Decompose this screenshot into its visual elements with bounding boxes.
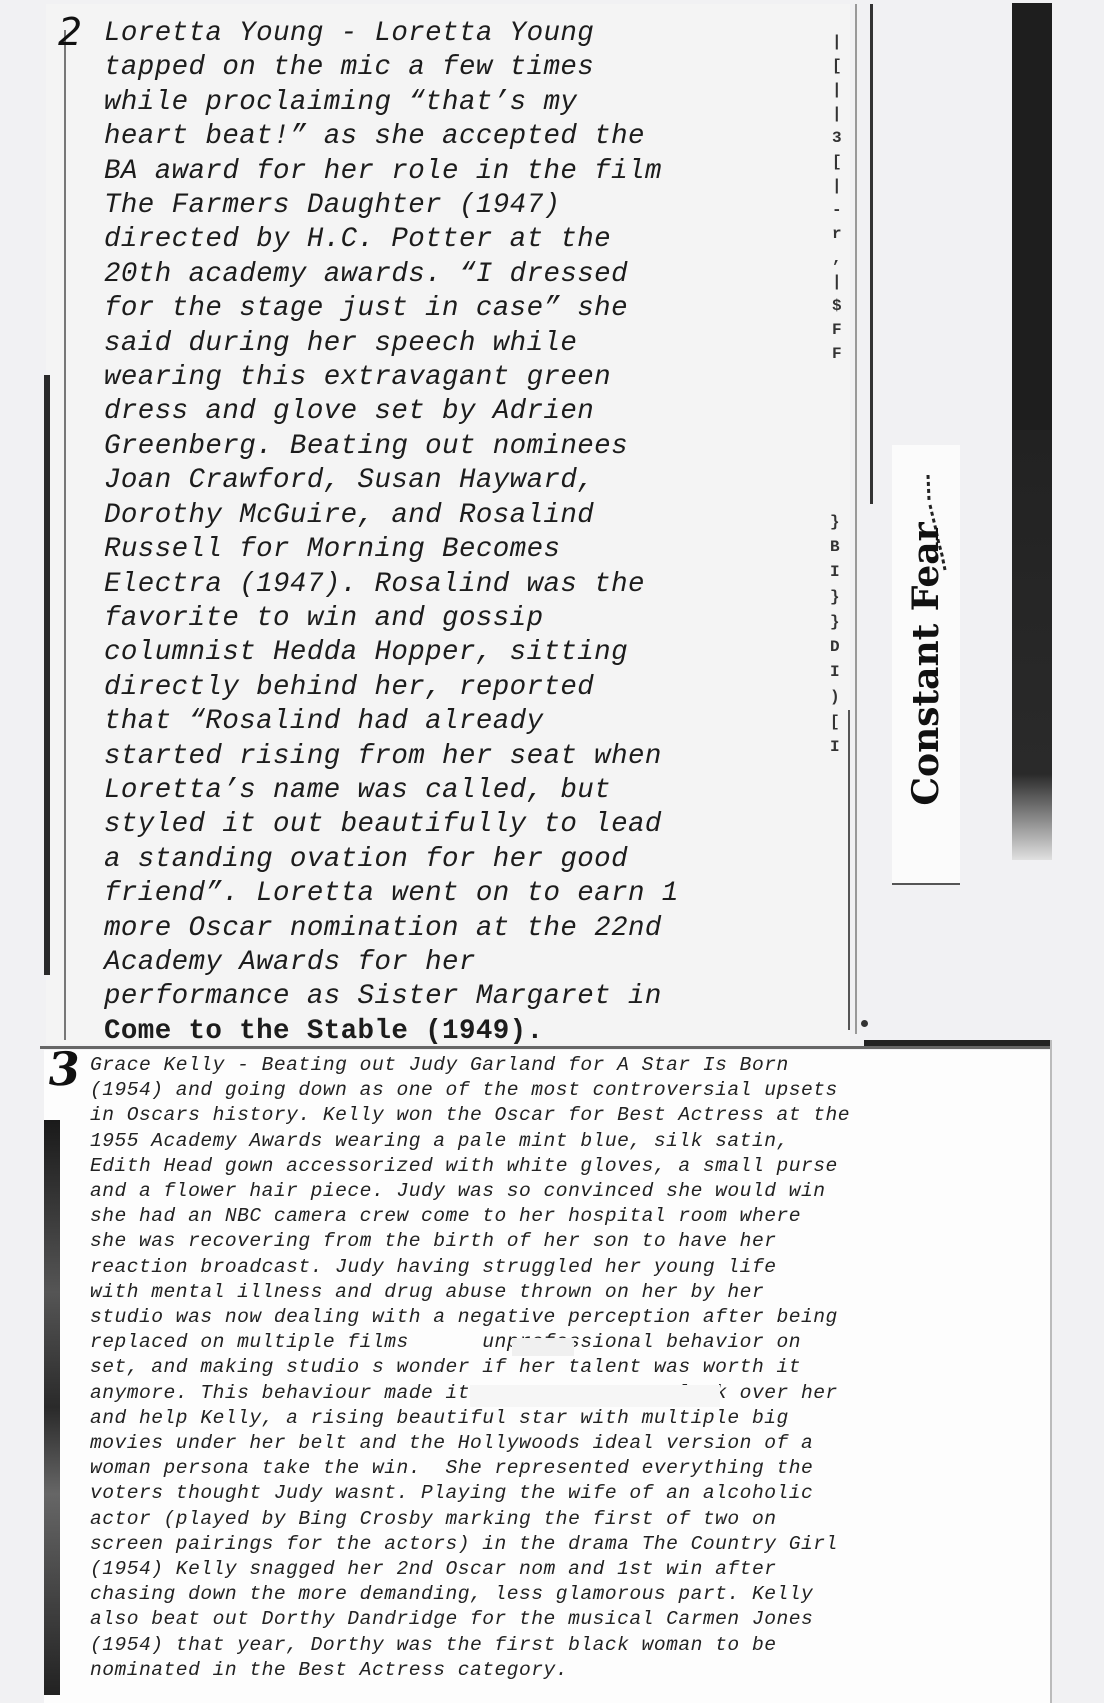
text-line: for the stage just in case” she: [104, 292, 794, 326]
bullet-dot: [861, 1020, 868, 1027]
text-line: set, and making studio s wonder if her t…: [90, 1355, 1050, 1380]
text-line: wearing this extravagant green: [104, 361, 794, 395]
text-line: directed by H.C. Potter at the: [104, 223, 794, 257]
whiteout-patch: [470, 1385, 720, 1407]
text-line: in Oscars history. Kelly won the Oscar f…: [90, 1103, 1050, 1128]
text-line: (1954) Kelly snagged her 2nd Oscar nom a…: [90, 1557, 1050, 1582]
photo-strip: [44, 1120, 60, 1695]
entry-text-grace-kelly: Grace Kelly - Beating out Judy Garland f…: [90, 1053, 1050, 1683]
text-line: voters thought Judy wasnt. Playing the w…: [90, 1481, 1050, 1506]
column-rule: [1050, 1040, 1052, 1703]
text-line: reaction broadcast. Judy having struggle…: [90, 1255, 1050, 1280]
text-line: Grace Kelly - Beating out Judy Garland f…: [90, 1053, 1050, 1078]
column-rule: [848, 710, 850, 1030]
text-line: tapped on the mic a few times: [104, 51, 794, 85]
text-line: Joan Crawford, Susan Hayward,: [104, 464, 794, 498]
text-line: friend”. Loretta went on to earn 1: [104, 877, 794, 911]
text-line: she had an NBC camera crew come to her h…: [90, 1204, 1050, 1229]
text-line: Loretta Young - Loretta Young: [104, 17, 794, 51]
text-line: The Farmers Daughter (1947): [104, 189, 794, 223]
text-line: Edith Head gown accessorized with white …: [90, 1154, 1050, 1179]
text-line: performance as Sister Margaret in: [104, 980, 794, 1014]
text-line: (1954) and going down as one of the most…: [90, 1078, 1050, 1103]
text-line: started rising from her seat when: [104, 740, 794, 774]
cropped-adjacent-column-text: | [ | | 3 [ | - r , | $ F F: [832, 30, 846, 366]
text-line: movies under her belt and the Hollywoods…: [90, 1431, 1050, 1456]
text-line: nominated in the Best Actress category.: [90, 1658, 1050, 1683]
text-line: styled it out beautifully to lead: [104, 808, 794, 842]
text-line: heart beat!” as she accepted the: [104, 120, 794, 154]
text-line: Greenberg. Beating out nominees: [104, 430, 794, 464]
text-line: and a flower hair piece. Judy was so con…: [90, 1179, 1050, 1204]
text-line: dress and glove set by Adrien: [104, 395, 794, 429]
clipping-divider-dark: [864, 1040, 1052, 1046]
text-line: said during her speech while: [104, 327, 794, 361]
text-line: screen pairings for the actors) in the d…: [90, 1532, 1050, 1557]
column-rule: [64, 30, 66, 1040]
text-line: Electra (1947). Rosalind was the: [104, 568, 794, 602]
photo-strip: [1012, 430, 1052, 860]
text-line: Dorothy McGuire, and Rosalind: [104, 499, 794, 533]
caption-constant-fear: Constant Fear: [905, 522, 947, 805]
entry-text-loretta-young: Loretta Young - Loretta Youngtapped on t…: [104, 17, 794, 1049]
text-line: (1954) that year, Dorthy was the first b…: [90, 1633, 1050, 1658]
text-line-film-title: Come to the Stable (1949).: [104, 1015, 794, 1049]
text-line: BA award for her role in the film: [104, 155, 794, 189]
column-rule: [855, 4, 857, 1034]
text-line: 20th academy awards. “I dressed: [104, 258, 794, 292]
text-line: Loretta’s name was called, but: [104, 774, 794, 808]
text-line: that “Rosalind had already: [104, 705, 794, 739]
cropped-adjacent-column-text: } B I } } D I ) [ I: [830, 510, 844, 760]
text-line: chasing down the more demanding, less gl…: [90, 1582, 1050, 1607]
text-line: a standing ovation for her good: [104, 843, 794, 877]
text-line: studio was now dealing with a negative p…: [90, 1305, 1050, 1330]
text-line: with mental illness and drug abuse throw…: [90, 1280, 1050, 1305]
whiteout-patch: [512, 1338, 574, 1356]
text-line: woman persona take the win. She represen…: [90, 1456, 1050, 1481]
text-line: actor (played by Bing Crosby marking the…: [90, 1507, 1050, 1532]
text-line: while proclaiming “that’s my: [104, 86, 794, 120]
text-line: and help Kelly, a rising beautiful star …: [90, 1406, 1050, 1431]
text-line: favorite to win and gossip: [104, 602, 794, 636]
text-line: 1955 Academy Awards wearing a pale mint …: [90, 1129, 1050, 1154]
entry-number: 2: [58, 10, 82, 54]
column-rule: [870, 4, 873, 504]
text-line: she was recovering from the birth of her…: [90, 1229, 1050, 1254]
column-rule-dark: [44, 375, 50, 975]
text-line: directly behind her, reported: [104, 671, 794, 705]
text-line: columnist Hedda Hopper, sitting: [104, 636, 794, 670]
text-line: more Oscar nomination at the 22nd: [104, 912, 794, 946]
photo-strip: [1012, 3, 1052, 433]
text-line: Academy Awards for her: [104, 946, 794, 980]
text-line: also beat out Dorthy Dandridge for the m…: [90, 1607, 1050, 1632]
text-line: Russell for Morning Becomes: [104, 533, 794, 567]
clipping-divider: [40, 1046, 1052, 1049]
